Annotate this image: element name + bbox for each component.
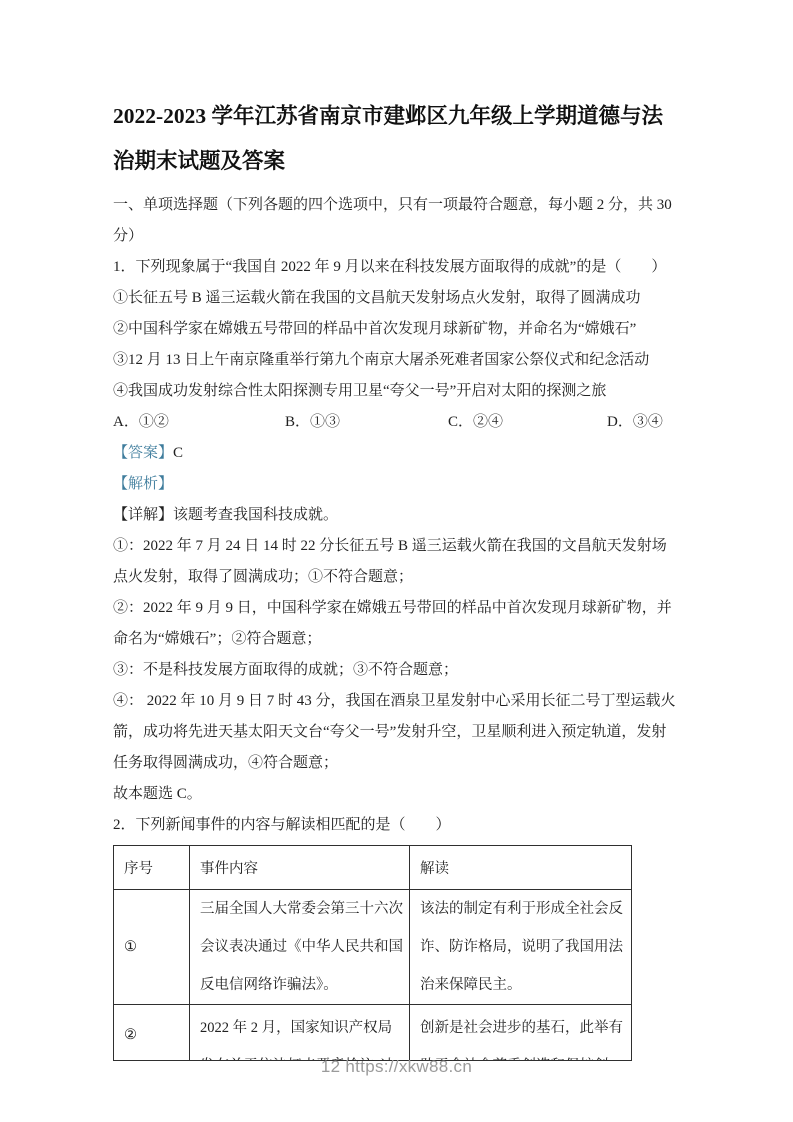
row-2-no: ② [114,1005,190,1062]
explanation-point-2: ②：2022 年 9 月 9 日，中国科学家在嫦娥五号带回的样品中首次发现月球新… [113,593,678,655]
explanation-intro: 【详解】该题考查我国科技成就。 [113,500,678,531]
row-1-event: 三届全国人大常委会第三十六次会议表决通过《中华人民共和国反电信网络诈骗法》。 [190,890,410,1005]
question-1-statement-3: ③12 月 13 日上午南京隆重举行第九个南京大屠杀死难者国家公祭仪式和纪念活动 [113,345,678,376]
question-1-stem: 1．下列现象属于“我国自 2022 年 9 月以来在科技发展方面取得的成就”的是… [113,252,678,283]
option-d: D．③④ [607,407,678,438]
explanation-point-3: ③：不是科技发展方面取得的成就；③不符合题意； [113,655,678,686]
option-c: C．②④ [448,407,607,438]
explanation-point-4: ④： 2022 年 10 月 9 日 7 时 43 分，我国在酒泉卫星发射中心采… [113,686,678,779]
row-1-no: ① [114,890,190,1005]
answer-value: C [173,445,183,461]
header-no: 序号 [114,846,190,890]
question-2-stem: 2．下列新闻事件的内容与解读相匹配的是（ ） [113,810,678,841]
analysis-label: 【解析】 [113,476,173,492]
table-row: ② 2022 年 2 月，国家知识产权局发布关于依法打击恶意抢注“冰墩 创新是社… [114,1005,632,1062]
option-a: A．①② [113,407,285,438]
table-header-row: 序号 事件内容 解读 [114,846,632,890]
exam-document: 2022-2023 学年江苏省南京市建邺区九年级上学期道德与法治期末试题及答案 … [113,0,678,1061]
explanation-conclusion: 故本题选 C。 [113,779,678,810]
document-body: 一、单项选择题（下列各题的四个选项中，只有一项最符合题意，每小题 2 分，共 3… [113,190,678,1061]
question-2-table: 序号 事件内容 解读 ① 三届全国人大常委会第三十六次会议表决通过《中华人民共和… [113,845,632,1061]
header-interpretation: 解读 [410,846,632,890]
table-row: ① 三届全国人大常委会第三十六次会议表决通过《中华人民共和国反电信网络诈骗法》。… [114,890,632,1005]
header-event: 事件内容 [190,846,410,890]
question-1-statement-1: ①长征五号 B 遥三运载火箭在我国的文昌航天发射场点火发射，取得了圆满成功 [113,283,678,314]
page-title: 2022-2023 学年江苏省南京市建邺区九年级上学期道德与法治期末试题及答案 [113,94,678,184]
answer-line: 【答案】C [113,438,678,469]
question-2-table-container: 序号 事件内容 解读 ① 三届全国人大常委会第三十六次会议表决通过《中华人民共和… [113,845,632,1061]
answer-label: 【答案】 [113,445,173,461]
question-1-options: A．①② B．①③ C．②④ D．③④ [113,407,678,438]
footer-link[interactable]: 12 https://xkw88.cn [321,1057,472,1076]
row-1-interpretation: 该法的制定有利于形成全社会反诈、防诈格局，说明了我国用法治来保障民主。 [410,890,632,1005]
row-2-event: 2022 年 2 月，国家知识产权局发布关于依法打击恶意抢注“冰墩 [190,1005,410,1062]
analysis-line: 【解析】 [113,469,678,500]
option-b: B．①③ [285,407,448,438]
explanation-point-1: ①：2022 年 7 月 24 日 14 时 22 分长征五号 B 遥三运载火箭… [113,531,678,593]
question-1-statement-2: ②中国科学家在嫦娥五号带回的样品中首次发现月球新矿物，并命名为“嫦娥石” [113,314,678,345]
question-1-statement-4: ④我国成功发射综合性太阳探测专用卫星“夸父一号”开启对太阳的探测之旅 [113,376,678,407]
row-2-interpretation: 创新是社会进步的基石，此举有助于全社会尊重创造和保护创 [410,1005,632,1062]
section-heading: 一、单项选择题（下列各题的四个选项中，只有一项最符合题意，每小题 2 分，共 3… [113,190,678,252]
page-footer: 12 https://xkw88.cn [0,1057,793,1077]
